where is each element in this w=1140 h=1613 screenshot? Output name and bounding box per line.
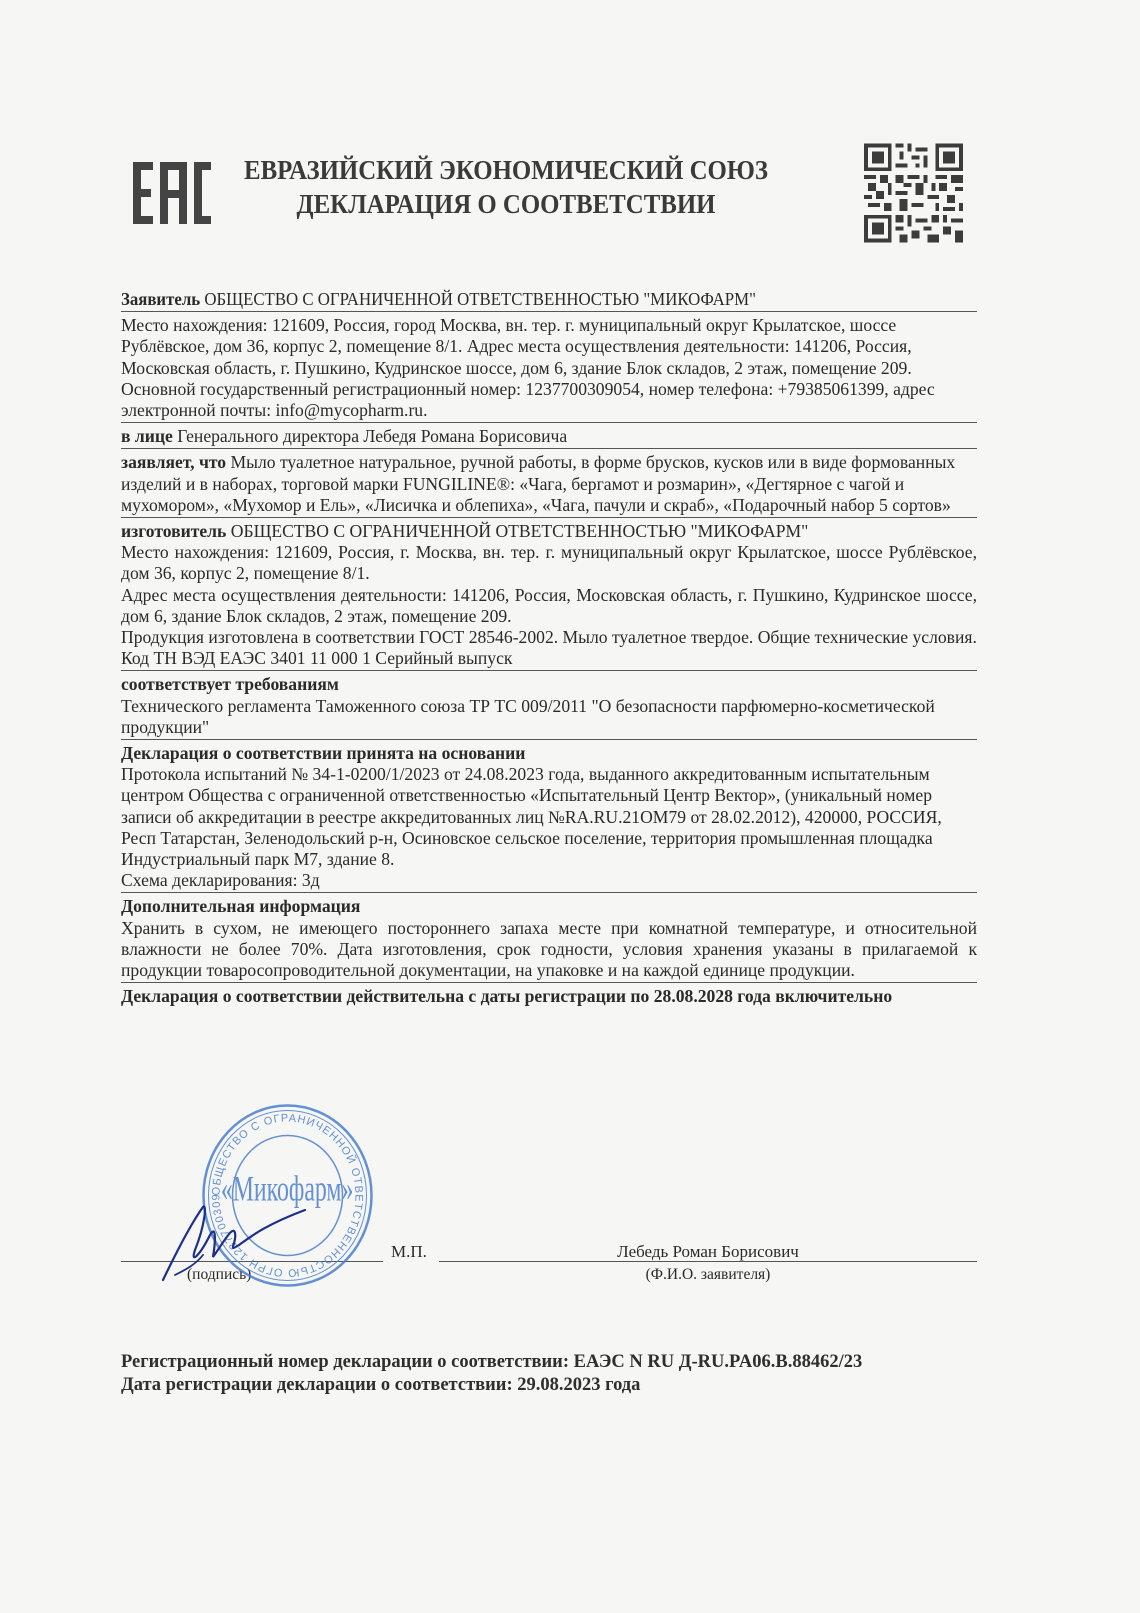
registration-block: Регистрационный номер декларации о соотв… [121,1351,862,1397]
applicant-header: Заявитель ОБЩЕСТВО С ОГРАНИЧЕННОЙ ОТВЕТС… [121,289,977,312]
seal-label: М.П. [391,1242,427,1262]
manufacturer-activity-address: Адрес места осуществления деятельности: … [121,585,977,627]
additional-label: Дополнительная информация [121,896,977,917]
document-title: ЕВРАЗИЙСКИЙ ЭКОНОМИЧЕСКИЙ СОЮЗ ДЕКЛАРАЦИ… [230,153,782,221]
applicant-label: Заявитель [121,289,200,309]
applicant-address: Место нахождения: 121609, Россия, город … [121,315,977,379]
applicant-fullname: Лебедь Роман Борисович [439,1242,977,1262]
basis-label: Декларация о соответствии принята на осн… [121,743,977,764]
registration-number: Регистрационный номер декларации о соотв… [121,1351,862,1374]
signature-caption: (подпись) [187,1266,251,1284]
signature-block: М.П. Лебедь Роман Борисович (подпись) (Ф… [121,1239,977,1279]
title-declaration: ДЕКЛАРАЦИЯ О СООТВЕТСТВИИ [230,187,782,221]
compliance-text: Технического регламента Таможенного союз… [121,696,977,738]
basis-text: Протокола испытаний № 34-1-0200/1/2023 о… [121,764,977,870]
signature-line [121,1261,383,1262]
eac-logo-icon [133,162,211,224]
declares-label: заявляет, что [121,452,226,472]
basis-section: Декларация о соответствии принята на осн… [121,743,977,893]
title-union: ЕВРАЗИЙСКИЙ ЭКОНОМИЧЕСКИЙ СОЮЗ [230,153,782,187]
manufacturer-code: Код ТН ВЭД ЕАЭС 3401 11 000 1 Серийный в… [121,648,977,669]
name-caption: (Ф.И.О. заявителя) [439,1266,977,1284]
manufacturer-section: изготовитель ОБЩЕСТВО С ОГРАНИЧЕННОЙ ОТВ… [121,521,977,671]
name-line [439,1261,977,1262]
validity-section: Декларация о соответствии действительна … [121,986,977,1008]
validity-text: Декларация о соответствии действительна … [121,986,977,1007]
declaration-scheme: Схема декларирования: 3д [121,870,977,891]
applicant-name: ОБЩЕСТВО С ОГРАНИЧЕННОЙ ОТВЕТСТВЕННОСТЬЮ… [204,289,756,309]
additional-section: Дополнительная информация Хранить в сухо… [121,896,977,983]
manufacturer-standard: Продукция изготовлена в соответствии ГОС… [121,627,977,648]
manufacturer-label: изготовитель [121,521,226,541]
declaration-page: ЕВРАЗИЙСКИЙ ЭКОНОМИЧЕСКИЙ СОЮЗ ДЕКЛАРАЦИ… [0,0,1140,1613]
applicant-registration: Основной государственный регистрационный… [121,379,977,421]
manufacturer-address: Место нахождения: 121609, Россия, г. Мос… [121,542,977,584]
additional-text: Хранить в сухом, не имеющего постороннег… [121,918,977,982]
registration-date: Дата регистрации декларации о соответств… [121,1374,862,1397]
representative-label: в лице [121,426,173,446]
compliance-label: соответствует требованиям [121,674,977,695]
declares-section: заявляет, что Мыло туалетное натуральное… [121,452,977,518]
compliance-section: соответствует требованиям Технического р… [121,674,977,740]
applicant-section: Место нахождения: 121609, Россия, город … [121,315,977,423]
representative-text: Генерального директора Лебедя Романа Бор… [177,426,567,446]
stamp-center-text: «Микофарм» [221,1169,354,1209]
manufacturer-name: ОБЩЕСТВО С ОГРАНИЧЕННОЙ ОТВЕТСТВЕННОСТЬЮ… [231,521,809,541]
declares-text: Мыло туалетное натуральное, ручной работ… [121,452,955,514]
declaration-body: Заявитель ОБЩЕСТВО С ОГРАНИЧЕННОЙ ОТВЕТС… [121,289,977,1012]
qr-code-icon[interactable] [864,137,963,249]
representative-section: в лице Генерального директора Лебедя Ром… [121,426,977,449]
